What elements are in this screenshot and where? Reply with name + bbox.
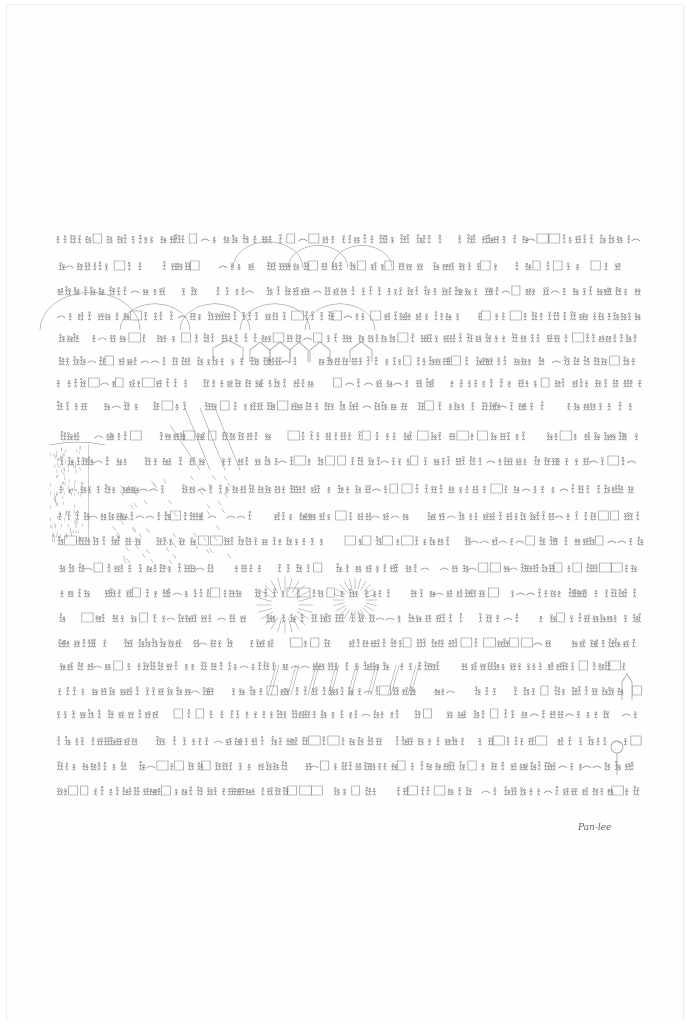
figure-marks <box>40 234 643 795</box>
artist-signature: Pan-lee <box>578 823 611 833</box>
drawing-canvas <box>0 0 687 1024</box>
